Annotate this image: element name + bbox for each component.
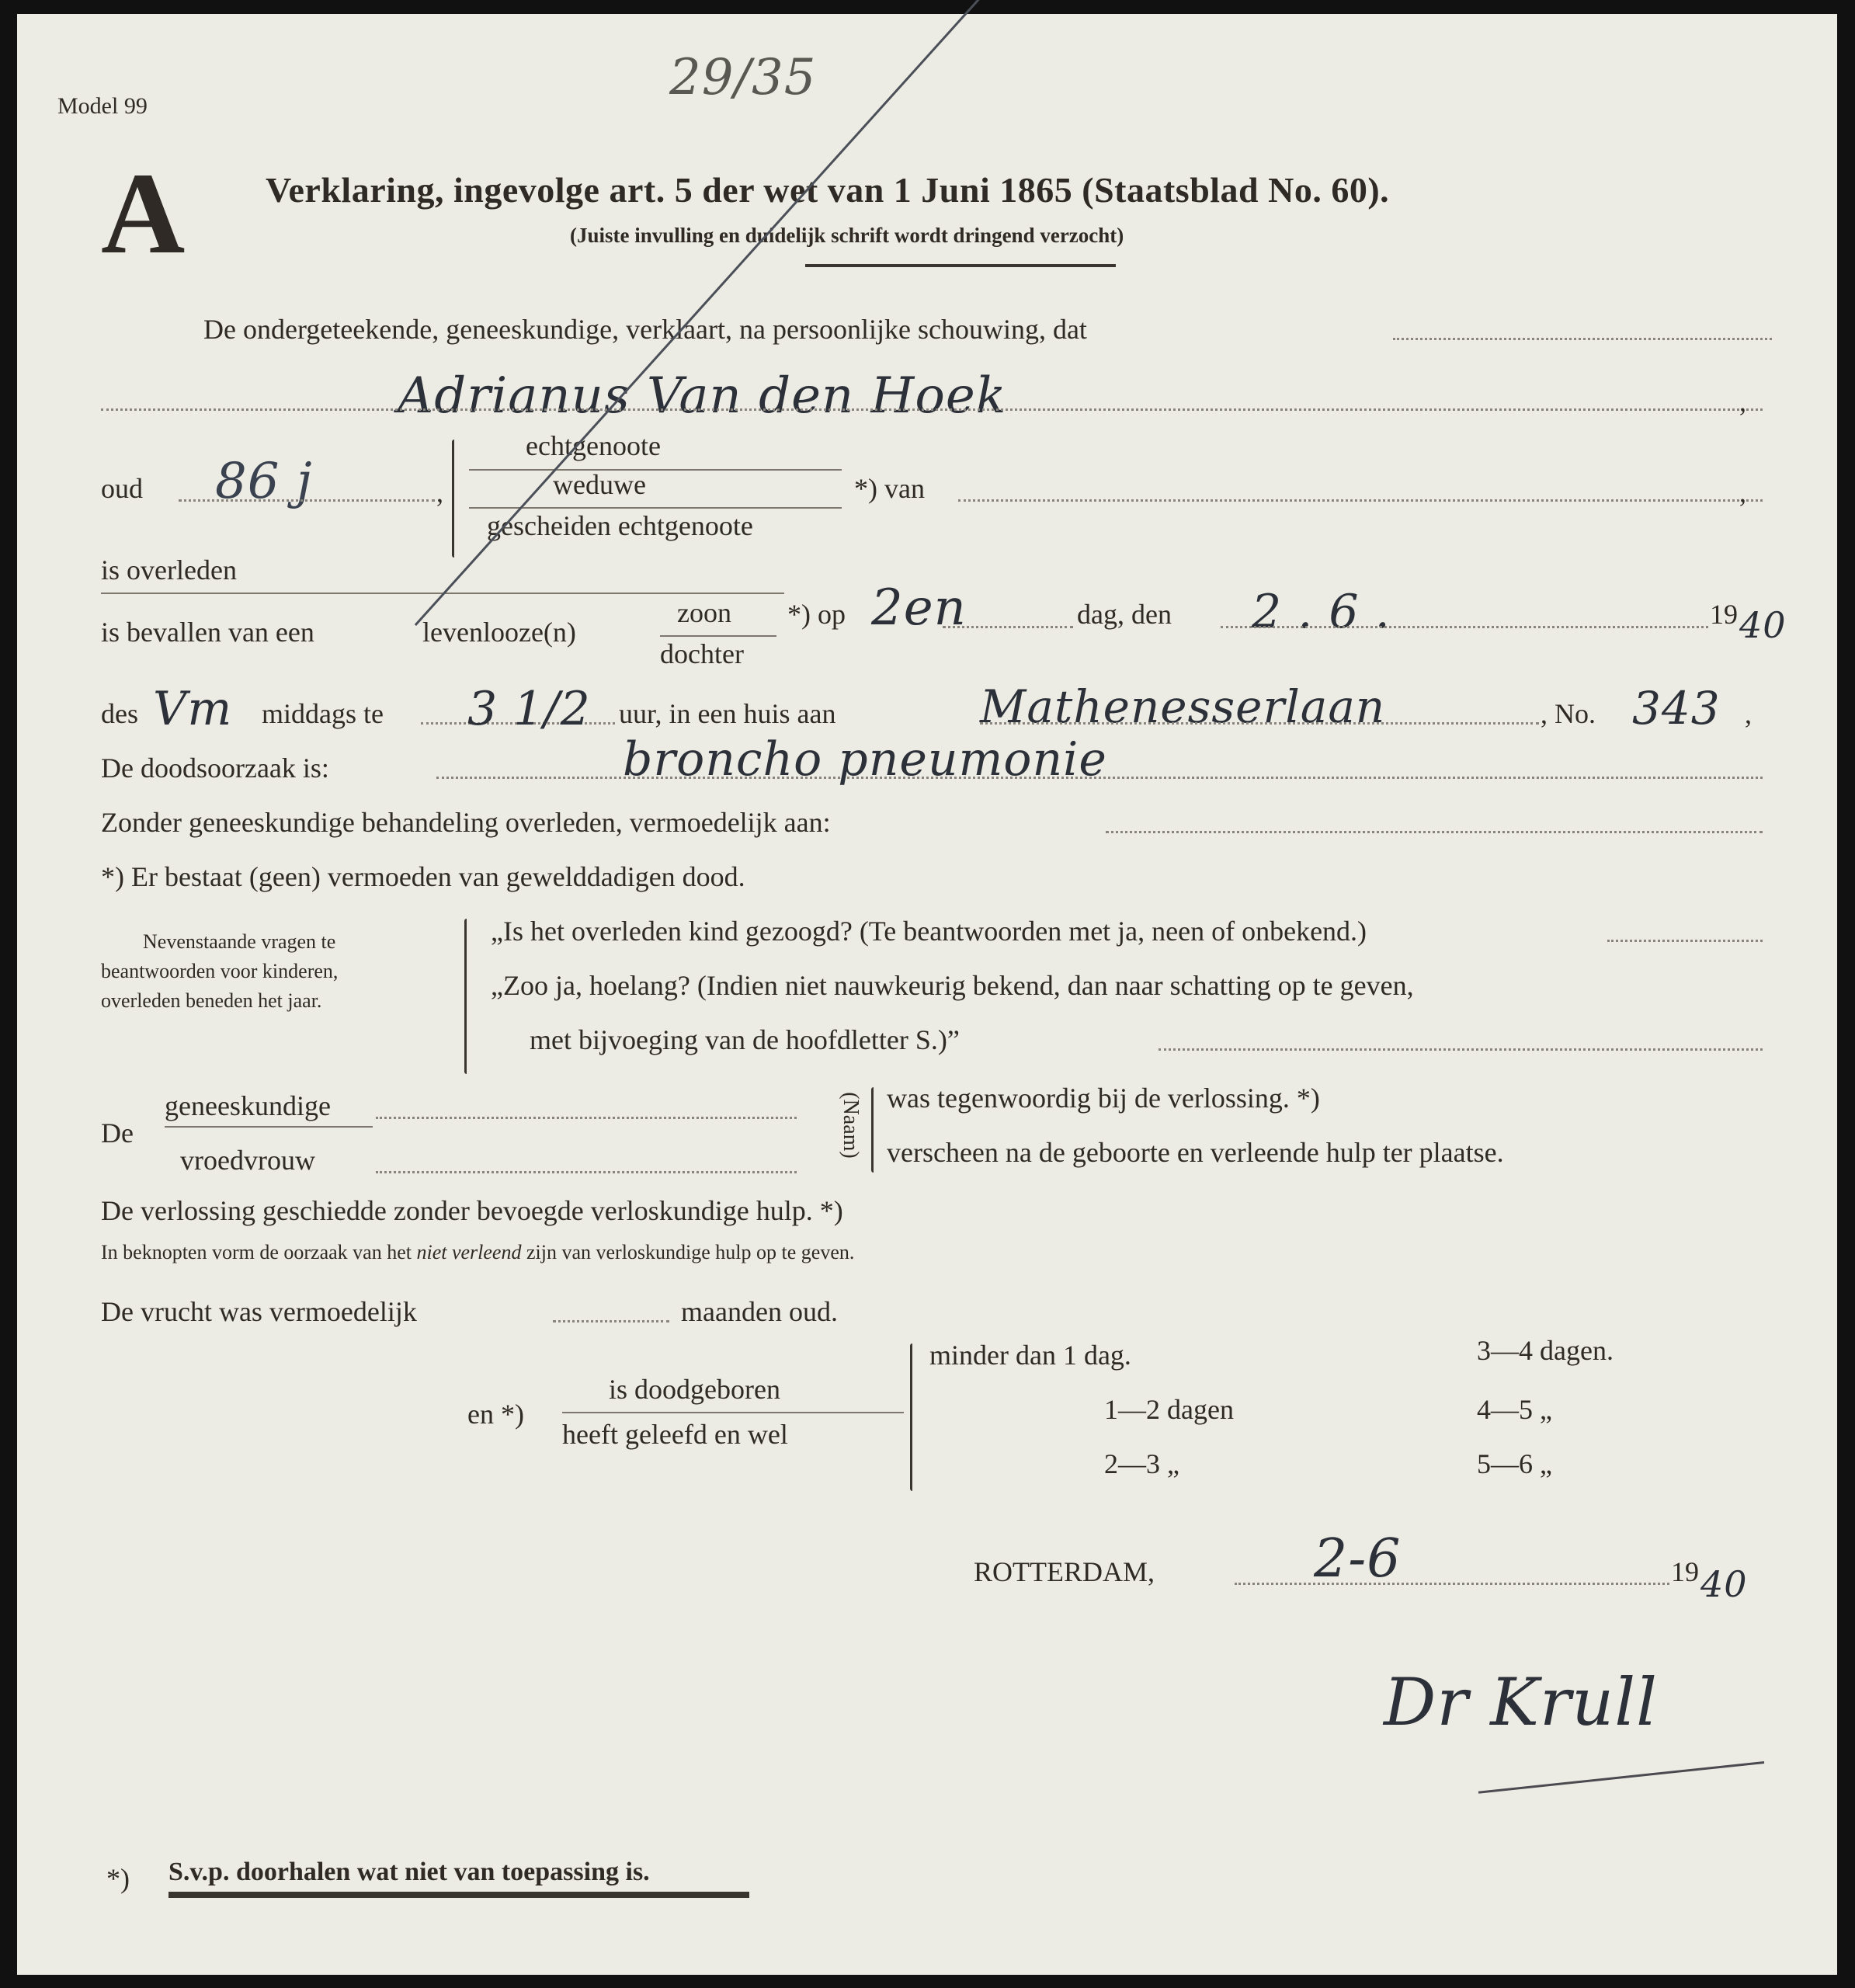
option-weduwe[interactable]: weduwe xyxy=(553,468,646,501)
months-dotted-line xyxy=(553,1320,669,1322)
label-middags-te: middags te xyxy=(262,697,384,730)
statement-appeared[interactable]: verscheen na de geboorte en verleende hu… xyxy=(887,1136,1504,1169)
option-divider xyxy=(469,469,842,471)
intro-dotted-line xyxy=(1393,338,1772,340)
geneeskundige-dotted-line xyxy=(376,1117,797,1119)
label-en: en *) xyxy=(467,1398,524,1430)
age-comma: , xyxy=(436,476,443,509)
side-note-line3: overleden beneden het jaar. xyxy=(101,989,321,1013)
signature-flourish xyxy=(1478,1761,1764,1794)
footnote-text: S.v.p. doorhalen wat niet van toepassing… xyxy=(168,1858,650,1887)
side-note-line2: beantwoorden voor kinderen, xyxy=(101,960,338,983)
doctor-signature[interactable]: Dr Krull xyxy=(1384,1664,1658,1740)
duration-4-5[interactable]: 4—5 „ xyxy=(1477,1393,1552,1426)
option-geneeskundige[interactable]: geneeskundige xyxy=(165,1090,331,1122)
label-without-treatment: Zonder geneeskundige behandeling overled… xyxy=(101,806,831,839)
intro-text: De ondergeteekende, geneeskundige, verkl… xyxy=(203,313,1087,346)
label-uur-huis: uur, in een huis aan xyxy=(619,697,835,730)
child-divider xyxy=(660,635,776,637)
delivery-note: In beknopten vorm de oorzaak van het nie… xyxy=(101,1241,854,1264)
date-dotted-line xyxy=(1221,626,1708,628)
deceased-name[interactable]: Adrianus Van den Hoek xyxy=(398,367,1007,425)
street-name[interactable]: Mathenesserlaan xyxy=(980,680,1385,733)
option-doodgeboren[interactable]: is doodgeboren xyxy=(609,1373,780,1406)
death-date[interactable]: 2 . 6 . xyxy=(1252,585,1391,639)
option-geleefd[interactable]: heeft geleefd en wel xyxy=(562,1418,788,1451)
year-prefix: 19 xyxy=(1710,598,1738,631)
midwife-brace xyxy=(871,1087,874,1173)
duration-3-4[interactable]: 3—4 dagen. xyxy=(1477,1334,1614,1367)
year-handwritten[interactable]: 40 xyxy=(1739,604,1787,646)
archive-number: 29/35 xyxy=(669,49,816,106)
label-naam: (Naam) xyxy=(838,1092,863,1159)
duration-brace xyxy=(910,1343,912,1491)
vroedvrouw-dotted-line xyxy=(376,1171,797,1173)
label-cause: De doodsoorzaak is: xyxy=(101,752,329,784)
footnote-underline xyxy=(168,1892,749,1898)
form-title: Verklaring, ingevolge art. 5 der wet van… xyxy=(266,169,1389,210)
death-certificate-form: Model 99 29/35 A Verklaring, ingevolge a… xyxy=(17,14,1837,1975)
city-label: ROTTERDAM, xyxy=(974,1555,1155,1588)
option-vroedvrouw[interactable]: vroedvrouw xyxy=(180,1144,315,1176)
spouse-dotted-line xyxy=(958,499,1763,502)
delivery-statement[interactable]: De verlossing geschiedde zonder bevoegde… xyxy=(101,1194,843,1227)
name-dotted-line xyxy=(101,408,1763,411)
footnote-mark: *) xyxy=(106,1862,130,1895)
option-gescheiden[interactable]: gescheiden echtgenoote xyxy=(487,509,753,542)
cause-of-death[interactable]: broncho pneumonie xyxy=(623,732,1107,787)
duration-2-3[interactable]: 2—3 „ xyxy=(1104,1448,1179,1480)
label-oud: oud xyxy=(101,472,143,505)
violence-statement[interactable]: *) Er bestaat (geen) vermoeden van gewel… xyxy=(101,860,745,893)
option-zoon[interactable]: zoon xyxy=(677,596,731,629)
form-letter: A xyxy=(101,155,185,272)
option-dochter[interactable]: dochter xyxy=(660,638,744,670)
form-subtitle: (Juiste invulling en duidelijk schrift w… xyxy=(570,224,1124,248)
option-is-overleden[interactable]: is overleden xyxy=(101,554,237,586)
house-number[interactable]: 343 xyxy=(1632,682,1721,735)
duration-lt-1[interactable]: minder dan 1 dag. xyxy=(929,1339,1131,1371)
label-no: , No. xyxy=(1541,697,1596,730)
question-gezoogd: „Is het overleden kind gezoogd? (Te bean… xyxy=(491,915,1367,947)
label-de: De xyxy=(101,1117,134,1149)
sign-year-prefix: 19 xyxy=(1671,1555,1699,1588)
street-dotted-line xyxy=(980,722,1539,725)
hour-handwritten[interactable]: 3 1/2 xyxy=(467,682,591,736)
question-hoelang-2: met bijvoeging van de hoofdletter S.)” xyxy=(530,1024,960,1056)
duration-5-6[interactable]: 5—6 „ xyxy=(1477,1448,1552,1480)
option-bevallen[interactable]: is bevallen van een xyxy=(101,616,314,648)
option-echtgenoote[interactable]: echtgenoote xyxy=(526,429,661,462)
children-brace xyxy=(464,919,467,1074)
label-vrucht: De vrucht was vermoedelijk xyxy=(101,1295,417,1328)
side-note-line1: Nevenstaande vragen te xyxy=(143,930,335,954)
midwife-divider xyxy=(165,1126,373,1128)
delivery-note-prefix: In beknopten vorm de oorzaak van het xyxy=(101,1241,416,1263)
gezoogd-dotted-line xyxy=(1607,940,1763,942)
label-maanden: maanden oud. xyxy=(681,1295,838,1328)
delivery-note-suffix: zijn van verloskundige hulp op te geven. xyxy=(521,1241,854,1263)
label-dag-den: dag, den xyxy=(1077,598,1172,631)
statement-present[interactable]: was tegenwoordig bij de verlossing. *) xyxy=(887,1082,1320,1114)
model-label: Model 99 xyxy=(57,93,148,120)
sign-date-dotted-line xyxy=(1235,1583,1669,1585)
question-hoelang-1: „Zoo ja, hoelang? (Indien niet nauwkeuri… xyxy=(491,969,1414,1002)
label-des: des xyxy=(101,697,138,730)
part-of-day[interactable]: Vm xyxy=(153,682,232,736)
label-van: *) van xyxy=(854,472,925,505)
sign-date[interactable]: 2-6 xyxy=(1314,1528,1402,1590)
label-op: *) op xyxy=(787,598,846,631)
hoelang-dotted-line xyxy=(1159,1048,1763,1051)
age-dotted-line xyxy=(179,499,435,502)
option-divider xyxy=(469,507,842,509)
title-underline xyxy=(805,264,1116,267)
without-treatment-dotted-line xyxy=(1106,831,1763,833)
house-comma: , xyxy=(1745,697,1752,730)
duration-1-2[interactable]: 1—2 dagen xyxy=(1104,1393,1234,1426)
sign-year[interactable]: 40 xyxy=(1700,1563,1748,1605)
lived-divider xyxy=(562,1412,904,1413)
name-comma: , xyxy=(1739,385,1746,418)
spouse-comma: , xyxy=(1739,476,1746,509)
day-dotted-line xyxy=(943,626,1073,628)
delivery-note-italic: niet verleend xyxy=(416,1241,521,1263)
marital-brace xyxy=(452,440,454,558)
